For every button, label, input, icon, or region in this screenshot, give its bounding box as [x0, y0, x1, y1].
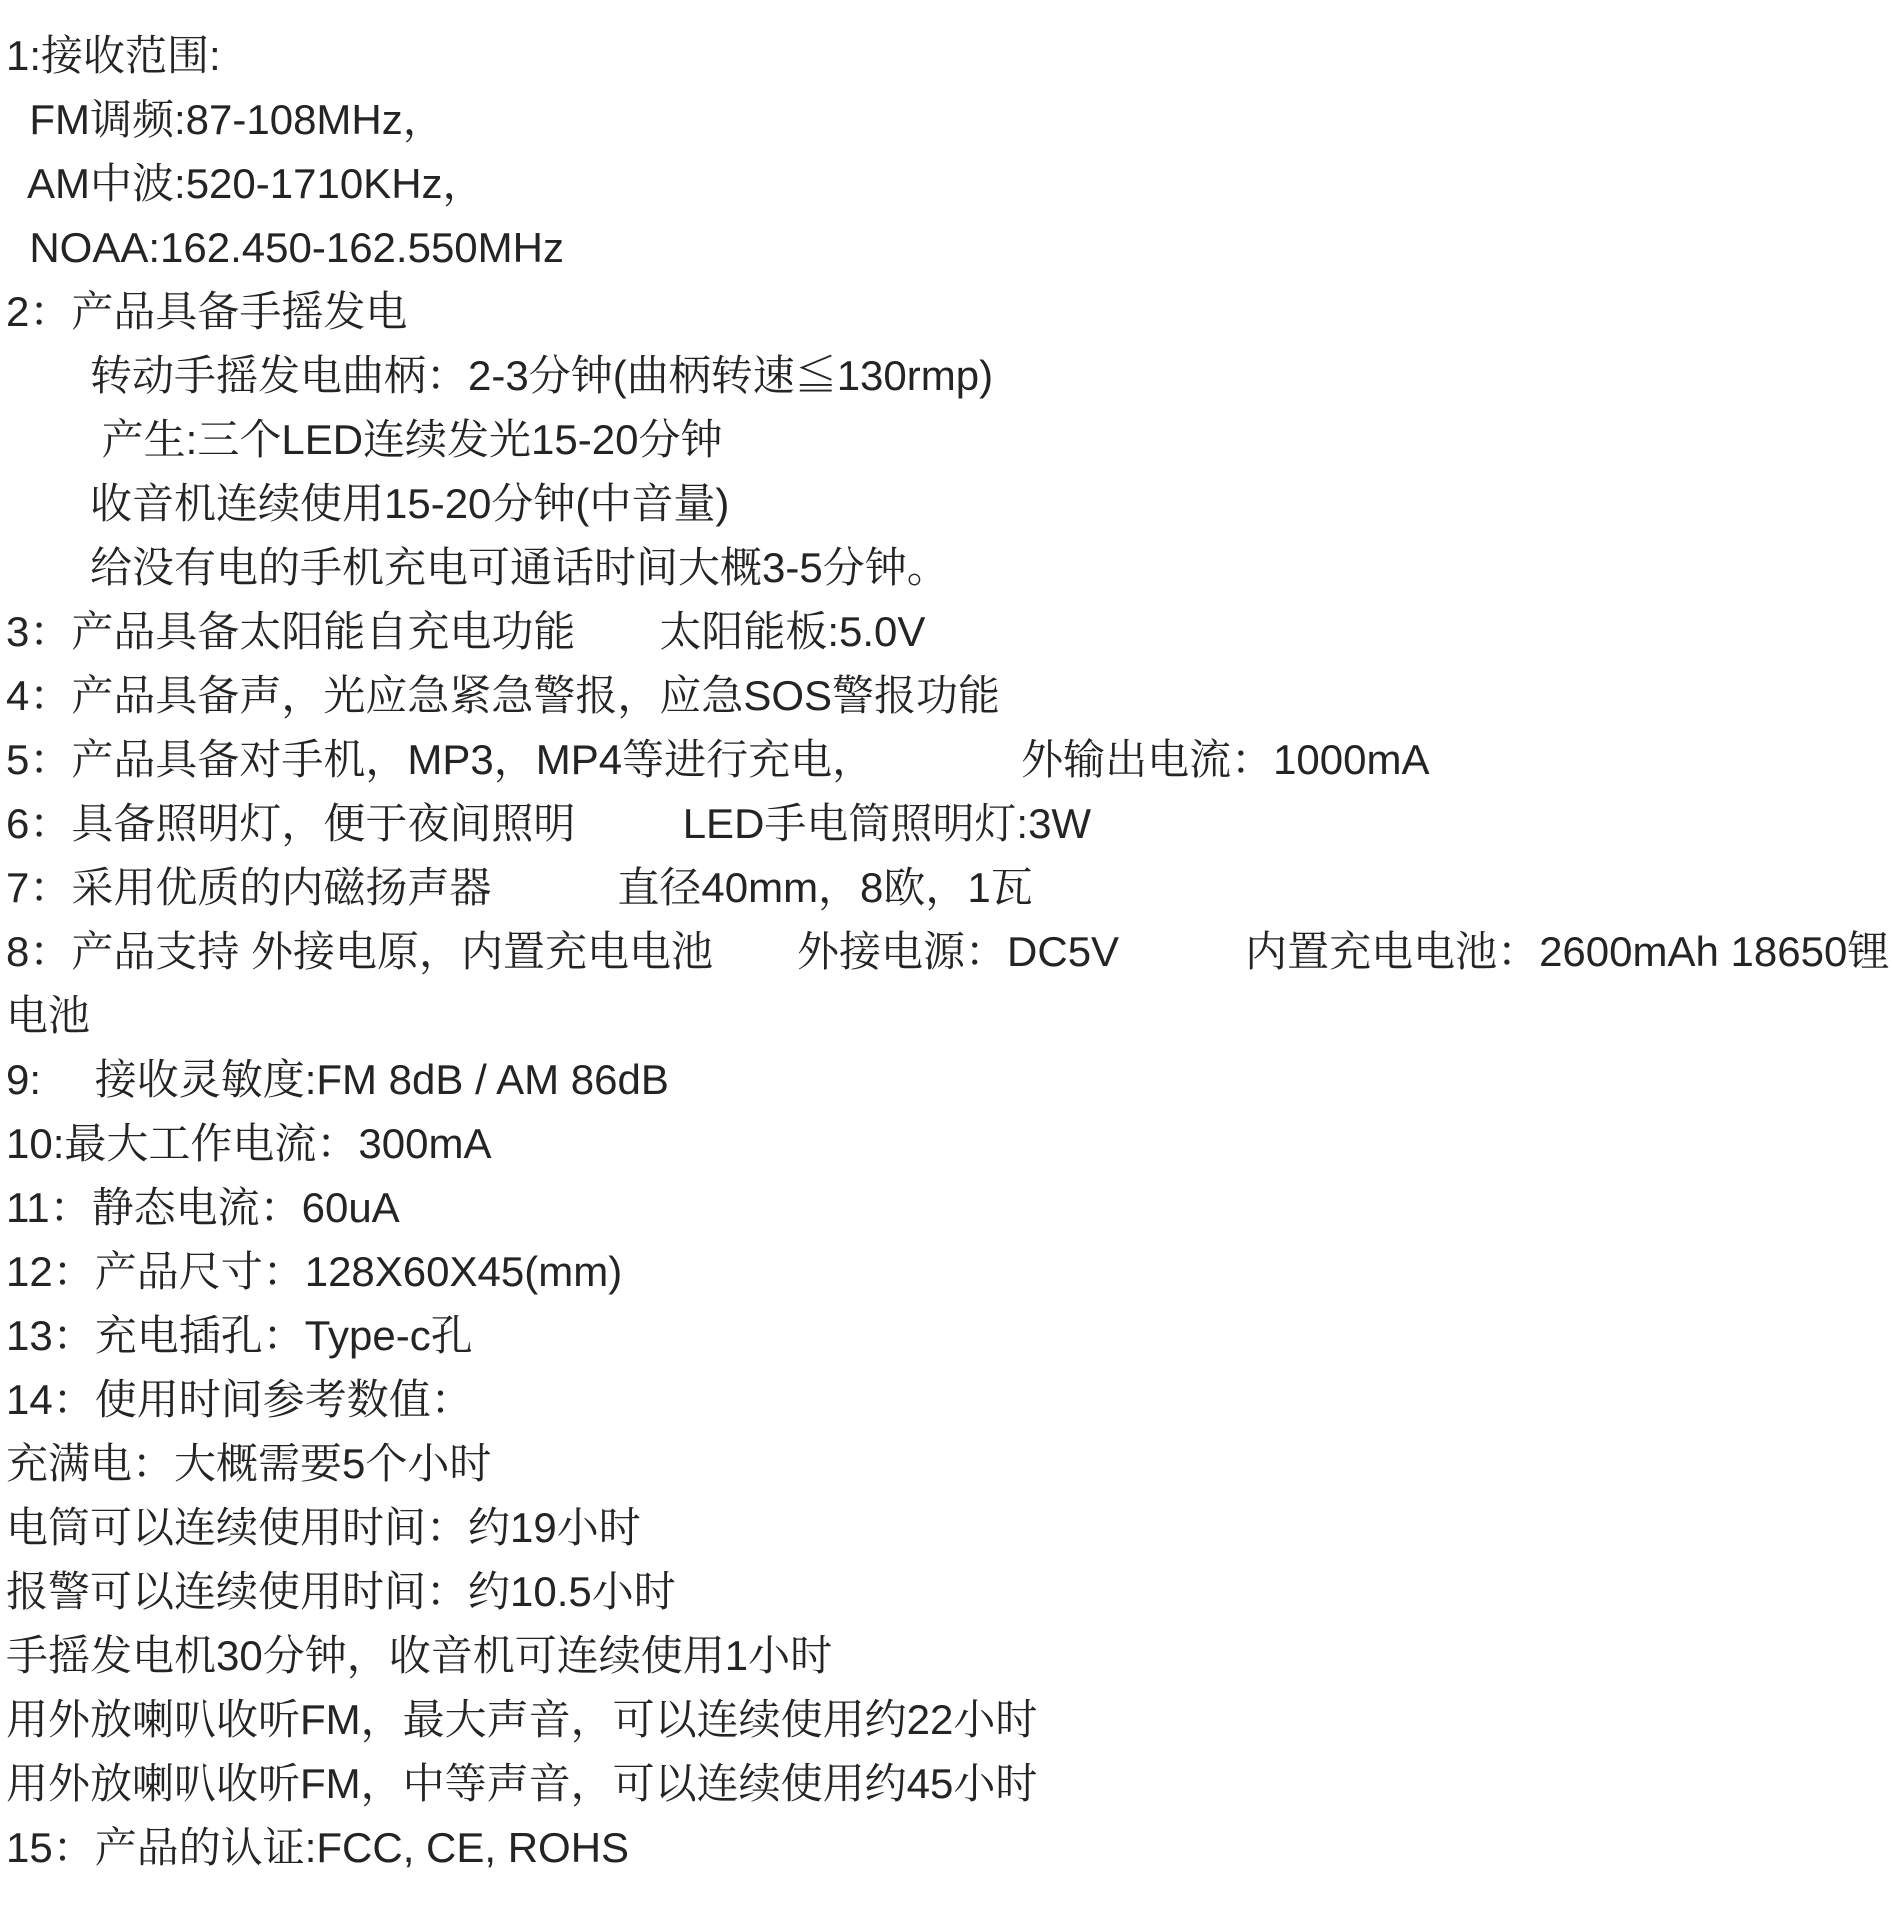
- spec-line: 用外放喇叭收听FM，中等声音，可以连续使用约45小时: [6, 1752, 1888, 1816]
- spec-line: 充满电：大概需要5个小时: [6, 1432, 1888, 1496]
- spec-line: 11：静态电流：60uA: [6, 1176, 1888, 1240]
- spec-line: 手摇发电机30分钟，收音机可连续使用1小时: [6, 1624, 1888, 1688]
- spec-line: 2：产品具备手摇发电: [6, 280, 1888, 344]
- spec-line: 报警可以连续使用时间：约10.5小时: [6, 1560, 1888, 1624]
- spec-line: 用外放喇叭收听FM，最大声音，可以连续使用约22小时: [6, 1688, 1888, 1752]
- spec-line: 5：产品具备对手机，MP3，MP4等进行充电， 外输出电流：1000mA: [6, 728, 1888, 792]
- spec-line: 13：充电插孔：Type-c孔: [6, 1304, 1888, 1368]
- spec-line: 8：产品支持 外接电原，内置充电电池 外接电源：DC5V 内置充电电池：2600…: [6, 920, 1888, 984]
- spec-line: 3：产品具备太阳能自充电功能 太阳能板:5.0V: [6, 600, 1888, 664]
- spec-line: 6：具备照明灯，便于夜间照明 LED手电筒照明灯:3W: [6, 792, 1888, 856]
- spec-line: FM调频:87-108MHz，: [6, 88, 1888, 152]
- spec-line: AM中波:520-1710KHz，: [6, 152, 1888, 216]
- spec-line: 电池: [6, 984, 1888, 1048]
- spec-line: 15：产品的认证:FCC, CE, ROHS: [6, 1816, 1888, 1880]
- spec-line: 10:最大工作电流：300mA: [6, 1112, 1888, 1176]
- spec-line: 电筒可以连续使用时间：约19小时: [6, 1496, 1888, 1560]
- spec-document: 1:接收范围: FM调频:87-108MHz， AM中波:520-1710KHz…: [0, 0, 1892, 1920]
- spec-line: 转动手摇发电曲柄：2-3分钟(曲柄转速≦130rmp): [6, 344, 1888, 408]
- spec-line: 1:接收范围:: [6, 24, 1888, 88]
- spec-line: NOAA:162.450-162.550MHz: [6, 216, 1888, 280]
- spec-line: 收音机连续使用15-20分钟(中音量): [6, 472, 1888, 536]
- spec-lines: 1:接收范围: FM调频:87-108MHz， AM中波:520-1710KHz…: [6, 24, 1888, 1880]
- spec-line: 4：产品具备声，光应急紧急警报，应急SOS警报功能: [6, 664, 1888, 728]
- spec-line: 14：使用时间参考数值：: [6, 1368, 1888, 1432]
- spec-line: 给没有电的手机充电可通话时间大概3-5分钟。: [6, 536, 1888, 600]
- spec-line: 9: 接收灵敏度:FM 8dB / AM 86dB: [6, 1048, 1888, 1112]
- spec-line: 12：产品尺寸：128X60X45(mm): [6, 1240, 1888, 1304]
- spec-line: 产生:三个LED连续发光15-20分钟: [6, 408, 1888, 472]
- spec-line: 7：采用优质的内磁扬声器 直径40mm，8欧，1瓦: [6, 856, 1888, 920]
